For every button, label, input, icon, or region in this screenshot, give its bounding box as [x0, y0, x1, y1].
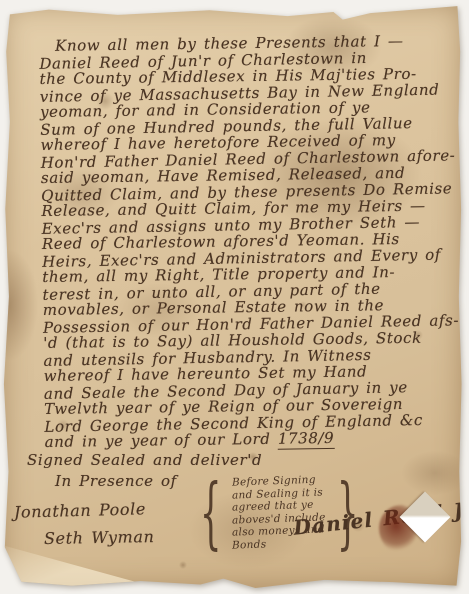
manuscript-photo: { "page": { "background_color": "#f3f1ed…: [0, 0, 469, 594]
witness-signature-jonathan-poole: Jonathan Poole: [14, 499, 146, 521]
witness-signature-seth-wyman: Seth Wyman: [44, 527, 155, 548]
marginal-note-lines: Before Signingand Sealing it isagreed th…: [232, 475, 326, 550]
marginal-note-line: Bonds: [232, 536, 326, 552]
left-brace-icon: {: [200, 474, 222, 552]
deed-body-text: Know all men by these Presents that I —D…: [39, 32, 457, 450]
aged-paper-sheet: Know all men by these Presents that I —D…: [3, 5, 462, 588]
signed-sealed-line: Signed Sealed and deliver'd: [27, 451, 262, 469]
paper-shadow-wrap: Know all men by these Presents that I —D…: [3, 5, 462, 588]
presence-line: In Presence of: [55, 472, 177, 490]
deed-body-lines: Know all men by these Presents that I —D…: [39, 32, 456, 434]
year-value: 1738/9: [278, 429, 335, 450]
